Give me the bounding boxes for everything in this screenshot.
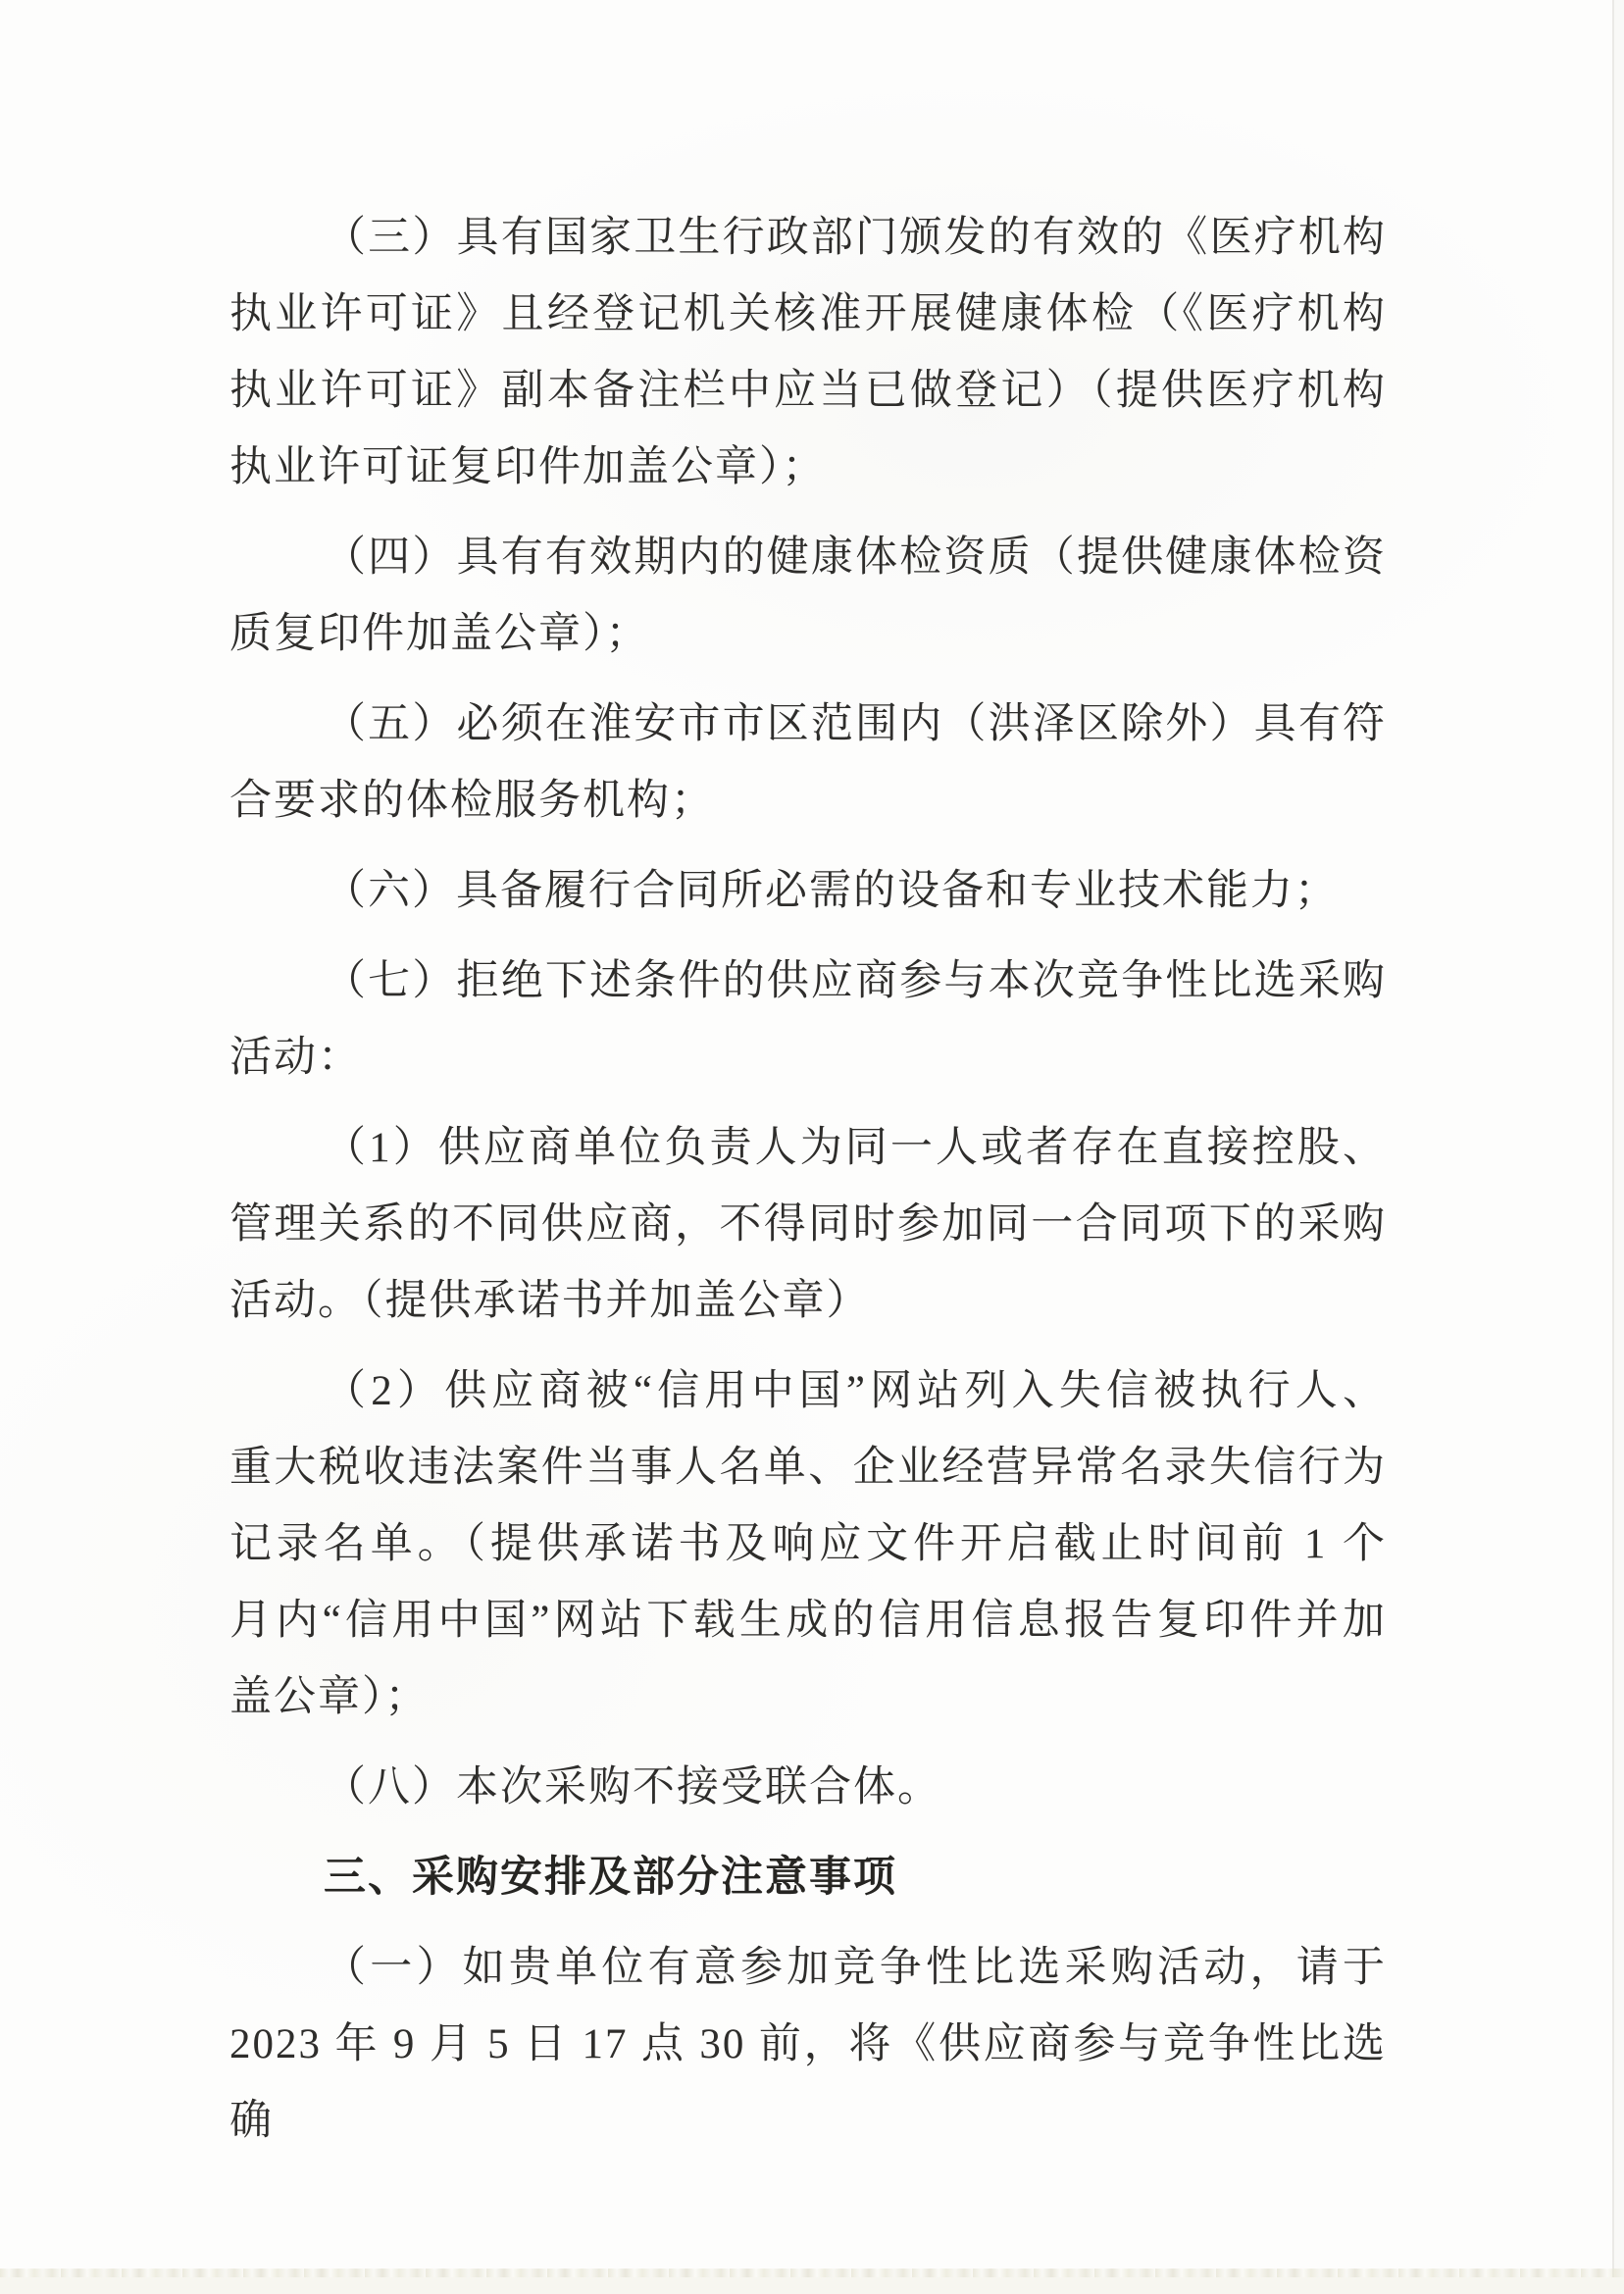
item-7: （七）拒绝下述条件的供应商参与本次竞争性比选采购活动： [229, 943, 1387, 1096]
scan-bottom-margin-shade [0, 2277, 1624, 2294]
item-5: （五）必须在淮安市市区范围内（洪泽区除外）具有符合要求的体检服务机构； [229, 687, 1387, 840]
text-line: 管理关系的不同供应商，不得同时参加同一合同项下的采购 [229, 1187, 1387, 1263]
item-7-sub-2: （2）供应商被“信用中国”网站列入失信被执行人、重大税收违法案件当事人名单、企业… [229, 1353, 1387, 1736]
item-6: （六）具备履行合同所必需的设备和专业技术能力； [229, 853, 1387, 930]
text-line: （2）供应商被“信用中国”网站列入失信被执行人、 [229, 1353, 1387, 1430]
text-line: 执业许可证复印件加盖公章）； [229, 430, 1387, 506]
text-line: 盖公章）； [229, 1659, 1387, 1736]
text-line: （六）具备履行合同所必需的设备和专业技术能力； [229, 853, 1387, 930]
text-line: （五）必须在淮安市市区范围内（洪泽区除外）具有符 [229, 687, 1387, 763]
text-line: 执业许可证》副本备注栏中应当已做登记）（提供医疗机构 [229, 353, 1387, 430]
item-8: （八）本次采购不接受联合体。 [229, 1750, 1387, 1826]
item-4: （四）具有有效期内的健康体检资质（提供健康体检资质复印件加盖公章）； [229, 520, 1387, 673]
document-body: （三）具有国家卫生行政部门颁发的有效的《医疗机构执业许可证》且经登记机关核准开展… [229, 200, 1387, 2097]
text-line: （七）拒绝下述条件的供应商参与本次竞争性比选采购 [229, 943, 1387, 1020]
text-line: （四）具有有效期内的健康体检资质（提供健康体检资 [229, 520, 1387, 596]
text-line: （八）本次采购不接受联合体。 [229, 1750, 1387, 1826]
text-line: 质复印件加盖公章）； [229, 596, 1387, 673]
text-line: （一）如贵单位有意参加竞争性比选采购活动，请于 [229, 1930, 1387, 2007]
text-line: 活动： [229, 1020, 1387, 1096]
section-3-heading: 三、采购安排及部分注意事项 [229, 1840, 1387, 1916]
text-line: 三、采购安排及部分注意事项 [229, 1840, 1387, 1916]
text-line: 活动。（提供承诺书并加盖公章） [229, 1263, 1387, 1340]
section-3-item-1: （一）如贵单位有意参加竞争性比选采购活动，请于2023 年 9 月 5 日 17… [229, 1930, 1387, 2083]
text-line: （三）具有国家卫生行政部门颁发的有效的《医疗机构 [229, 200, 1387, 277]
text-line: 记录名单。（提供承诺书及响应文件开启截止时间前 1 个 [229, 1506, 1387, 1583]
text-line: 月内“信用中国”网站下载生成的信用信息报告复印件并加 [229, 1583, 1387, 1659]
item-7-sub-1: （1）供应商单位负责人为同一人或者存在直接控股、管理关系的不同供应商，不得同时参… [229, 1110, 1387, 1340]
text-line: 2023 年 9 月 5 日 17 点 30 前，将《供应商参与竞争性比选确 [229, 2007, 1387, 2083]
text-line: 合要求的体检服务机构； [229, 763, 1387, 840]
text-line: 重大税收违法案件当事人名单、企业经营异常名录失信行为 [229, 1430, 1387, 1506]
text-line: （1）供应商单位负责人为同一人或者存在直接控股、 [229, 1110, 1387, 1187]
text-line: 执业许可证》且经登记机关核准开展健康体检（《医疗机构 [229, 277, 1387, 353]
document-page: （三）具有国家卫生行政部门颁发的有效的《医疗机构执业许可证》且经登记机关核准开展… [0, 0, 1624, 2294]
scan-right-margin-shade [1614, 0, 1624, 2294]
item-3: （三）具有国家卫生行政部门颁发的有效的《医疗机构执业许可证》且经登记机关核准开展… [229, 200, 1387, 506]
